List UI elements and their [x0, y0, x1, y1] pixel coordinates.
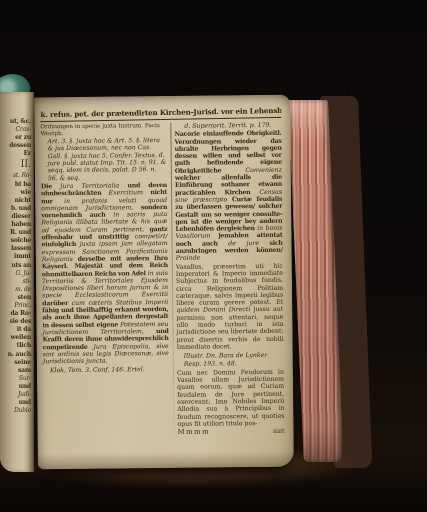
facing-page-fragment: Dubio: [0, 407, 34, 415]
facing-page-fragment: lassen: [0, 245, 34, 253]
facing-page-fragment: it da: [0, 326, 34, 334]
facing-page-fragment: dessen: [0, 142, 34, 150]
facing-page-fragment: Crav-: [0, 126, 34, 134]
facing-page-fragment: Princ.: [0, 302, 34, 310]
facing-page-fragment: II.: [0, 158, 34, 172]
facing-page-fragment: seine: [0, 359, 34, 367]
facing-page-fragment: uts an: [0, 262, 34, 270]
facing-page-fragment: solche: [0, 237, 34, 245]
facing-page-fragment: R. und: [0, 229, 34, 237]
facing-page-fragment: haben: [0, 221, 34, 229]
facing-page-fragment: immt: [0, 253, 34, 261]
facing-page-fragment: er zu: [0, 134, 34, 142]
right-column: d. Superiorit. Territ. p. 179.Nacorie ei…: [174, 122, 284, 438]
facing-page-fragment: weilen: [0, 334, 34, 342]
facing-page-fragment: Sur-: [0, 375, 34, 383]
facing-page-edge: ut, &c.Crav-er zudessenErII.st. Ro-ht ba…: [0, 92, 34, 472]
facing-page-fragment: m. de: [0, 286, 34, 294]
facing-page-fragment: Judi-: [0, 391, 34, 399]
paragraph: Mmmmsint: [178, 428, 285, 436]
facing-page-fragment: G. Ju-: [0, 270, 34, 278]
paragraph: Illustr. Dn. Bara de Lynker Resp. 193. n…: [184, 352, 284, 368]
facing-page-fragment: und: [0, 399, 34, 407]
facing-page-fragment: sti-: [0, 278, 34, 286]
left-column: Ordnungen in specie juxta Instrum. Pacis…: [40, 123, 169, 376]
paragraph: Art. 3. §. juxta hoc & Art. 5. §. litera…: [47, 137, 166, 182]
facing-page-fragment: wie: [0, 189, 34, 197]
book-page: Fränck. refus. pet. der prætendirten Kir…: [34, 95, 294, 470]
paragraph: Klok, Tom. 3. Conf. 146. Ertel.: [50, 366, 169, 375]
paragraph: Cum nec Domini Feudorum in Vasallos ulla…: [177, 369, 285, 428]
facing-page-fragment: sam: [0, 367, 34, 375]
running-head-title: Fränck. refus. pet. der prætendirten Kir…: [40, 106, 281, 120]
facing-page-fragment: nicht: [0, 197, 34, 205]
paragraph: d. Superiorit. Territ. p. 179.: [174, 122, 281, 130]
paragraph: Die Jura Territorialia und deren ohnbesc…: [41, 182, 169, 366]
page-content: Fränck. refus. pet. der prætendirten Kir…: [34, 95, 294, 447]
facing-page-fragment: tlich: [0, 342, 34, 350]
text-columns: Ordnungen in specie juxta Instrum. Pacis…: [40, 122, 284, 439]
facing-page-fragment: n. auch: [0, 351, 34, 359]
facing-page-fragment: da Ro-: [0, 310, 34, 318]
facing-page-fragment: b. und: [0, 205, 34, 213]
facing-page-fragment: ut, &c.: [0, 118, 34, 126]
facing-page-fragment: sie des: [0, 318, 34, 326]
facing-page-fragment: sten: [0, 294, 34, 302]
paragraph: Nacorie einlauffende Obrigkeitl. Verordn…: [174, 130, 282, 262]
facing-page-fragment: und: [0, 383, 34, 391]
paragraph: Ordnungen in specie juxta Instrum. Pacis…: [40, 123, 166, 138]
book-photo-stage: ut, &c.Crav-er zudessenErII.st. Ro-ht ba…: [0, 0, 427, 512]
paragraph: Vasallus, præsertim uti hic Imperatori &…: [176, 262, 284, 351]
facing-page-fragment: st. Ro-: [0, 172, 34, 180]
facing-page-fragment: dieser: [0, 213, 34, 221]
facing-page-fragment: ht ba: [0, 181, 34, 189]
facing-page-fragment: Er: [0, 150, 34, 158]
running-head: Fränck. refus. pet. der prætendirten Kir…: [40, 106, 281, 122]
